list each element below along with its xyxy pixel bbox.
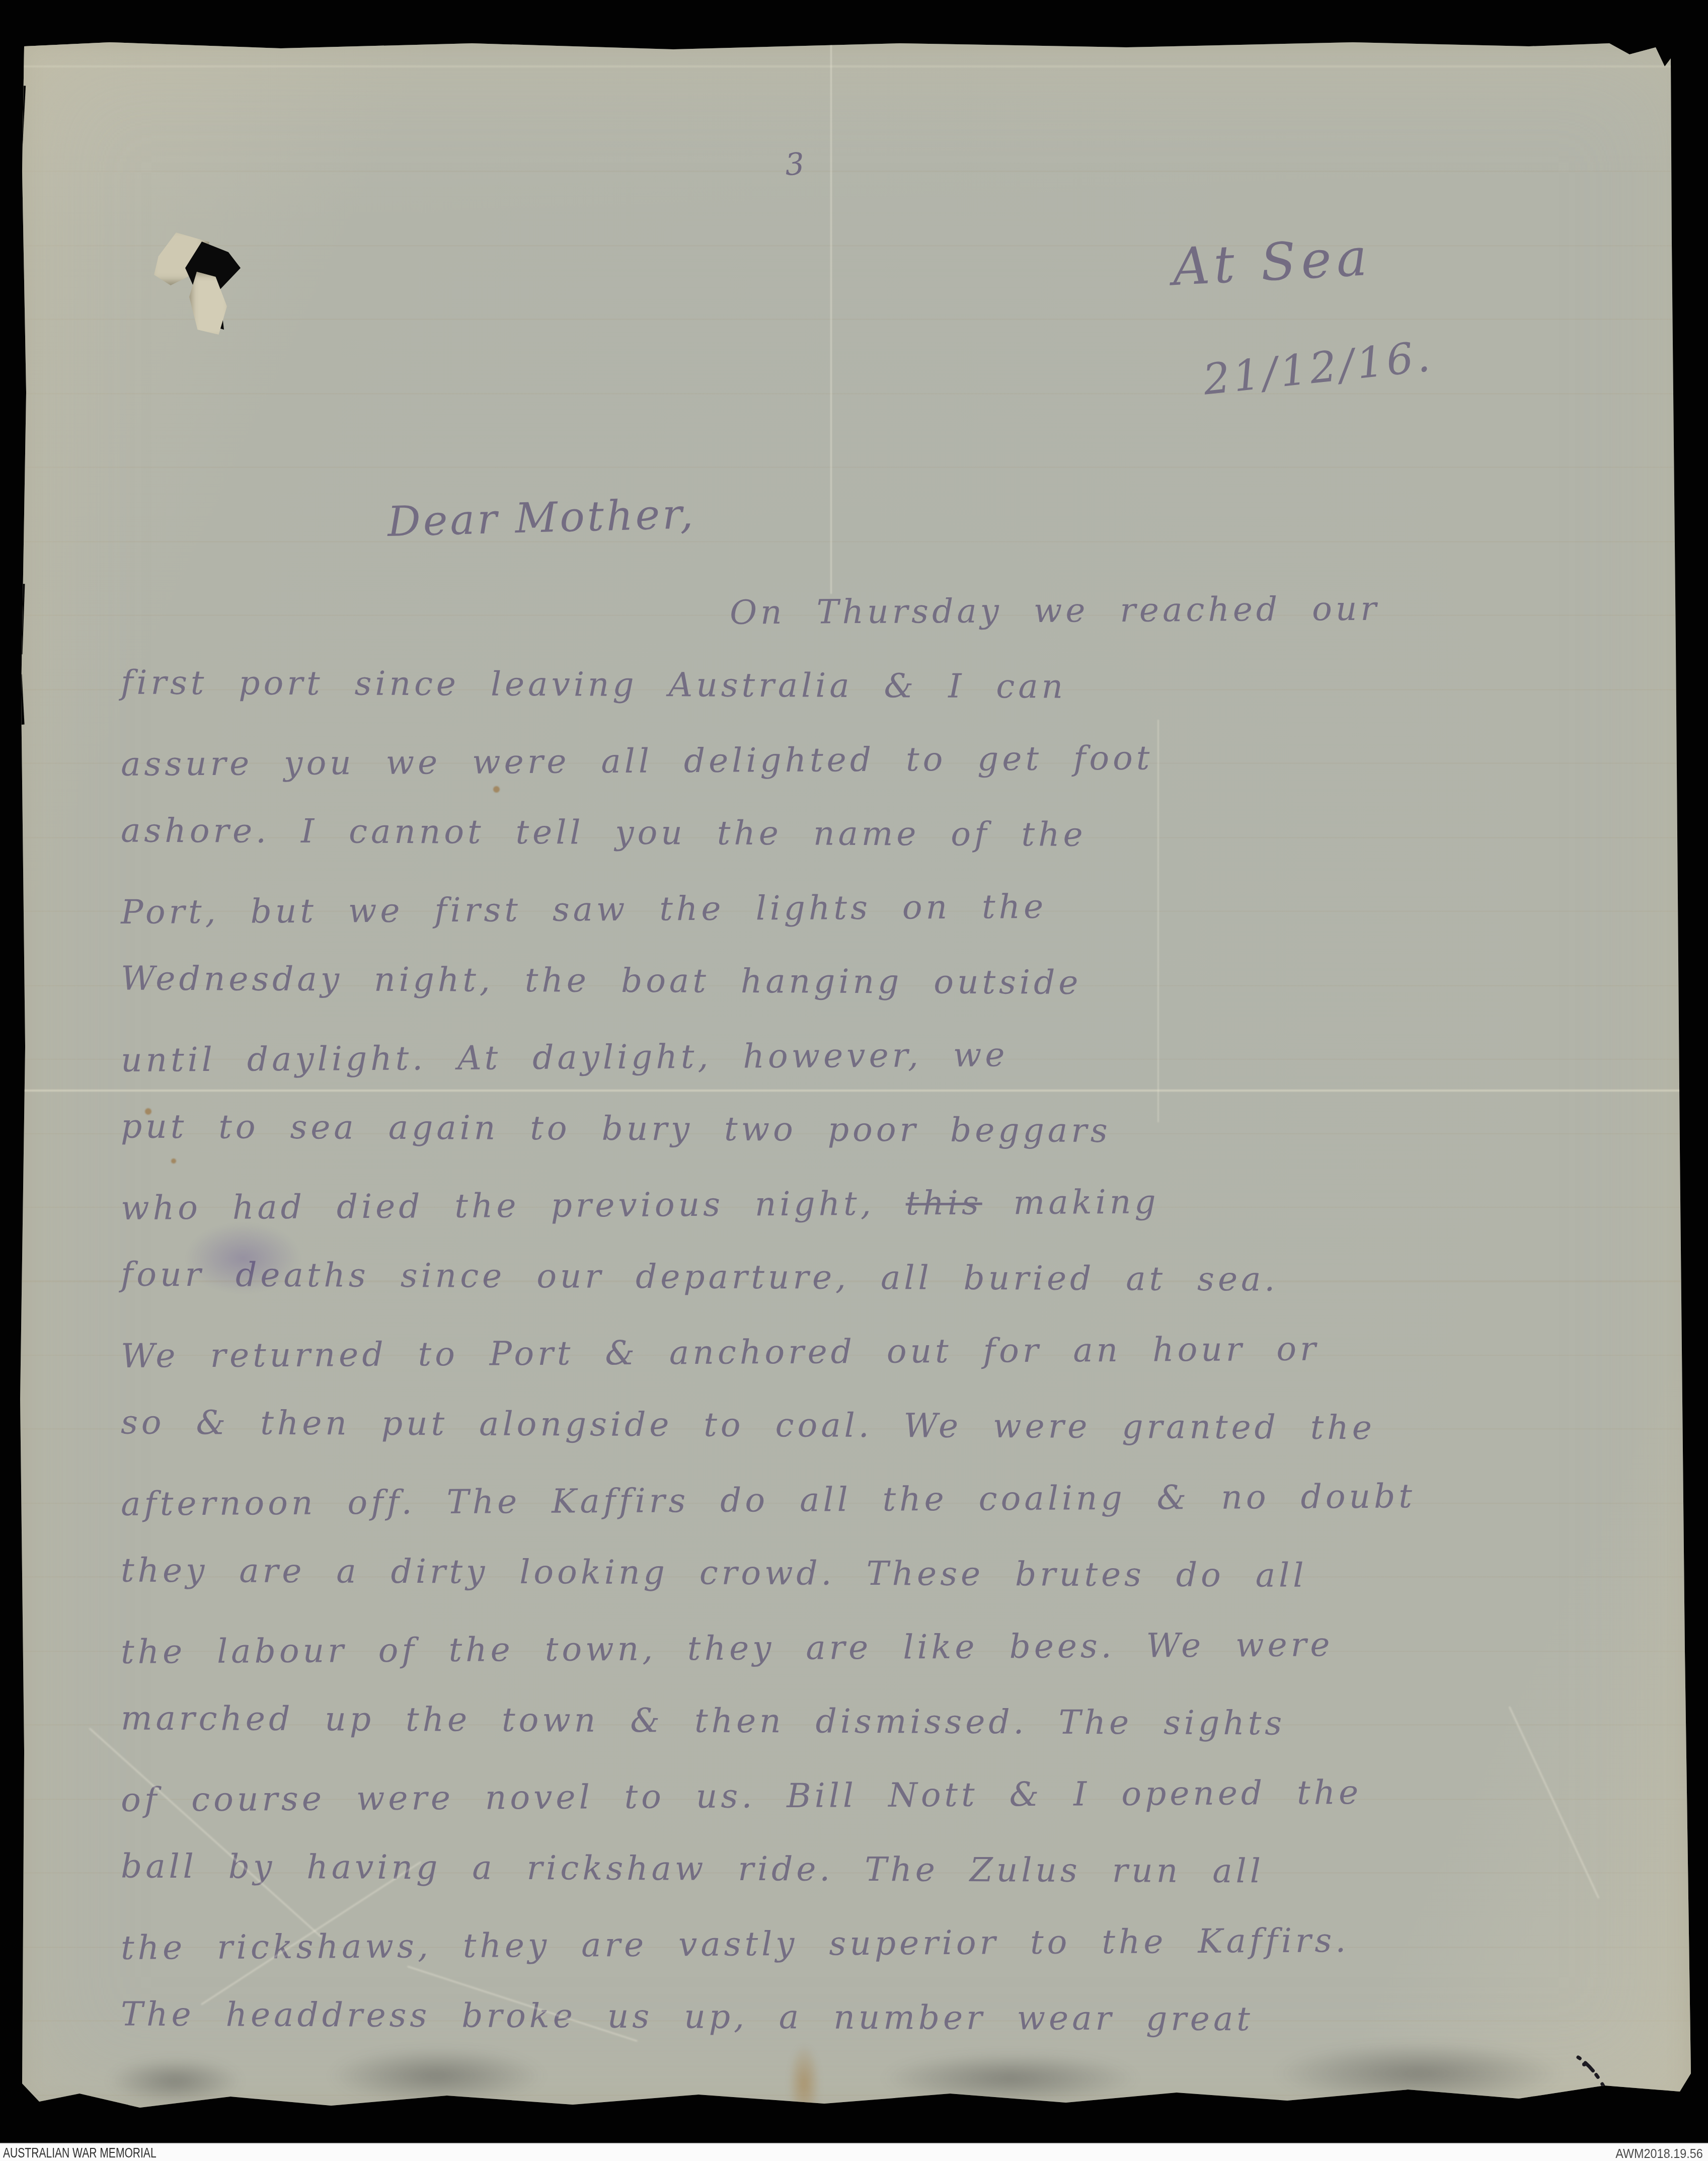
handwriting-line: afternoon off. The Kaffirs do all the co…: [121, 1458, 1611, 1541]
footer-bar: AUSTRALIAN WAR MEMORIAL AWM2018.19.56: [0, 2143, 1708, 2161]
handwriting-line: marched up the town & then dismissed. Th…: [121, 1681, 1611, 1762]
handwriting-line: the labour of the town, they are like be…: [121, 1606, 1611, 1689]
paper-flap: [154, 233, 209, 285]
handwriting-line: until daylight. At daylight, however, we: [121, 1014, 1611, 1097]
edge-tear: [16, 86, 26, 146]
bottom-smudge: [885, 2053, 1136, 2104]
handwriting-line: put to sea again to bury two poor beggar…: [121, 1090, 1611, 1170]
handwriting-line: Wednesday night, the boat hanging outsid…: [121, 942, 1611, 1022]
dateline-place: At Sea: [1171, 227, 1373, 298]
handwriting-line: four deaths since our departure, all bur…: [121, 1238, 1611, 1318]
handwriting-line: ball by having a rickshaw ride. The Zulu…: [121, 1829, 1611, 1910]
handwriting-line: so & then put alongside to coal. We were…: [121, 1385, 1611, 1466]
handwriting-line: first port since leaving Australia & I c…: [121, 646, 1611, 726]
age-stain: [789, 2046, 819, 2121]
handwriting-line: the rickshaws, they are vastly superior …: [121, 1902, 1611, 1985]
ink-scribble: [1569, 2053, 1629, 2149]
hole-shadow: [185, 242, 241, 330]
bottom-smudge: [110, 2058, 241, 2104]
letter-paper: 3 At Sea 21/12/16. Dear Mother, On Thurs…: [19, 40, 1691, 2110]
torn-hole: [154, 233, 247, 336]
scanned-letter-page: 3 At Sea 21/12/16. Dear Mother, On Thurs…: [0, 0, 1708, 2161]
handwriting-line: who had died the previous night, this ma…: [121, 1162, 1611, 1245]
salutation: Dear Mother,: [387, 490, 696, 546]
handwriting-line: ashore. I cannot tell you the name of th…: [121, 794, 1611, 874]
handwriting-line: The headdress broke us up, a number wear…: [121, 1977, 1611, 2058]
accession-number: AWM2018.19.56: [1616, 2146, 1703, 2161]
handwriting-line: they are a dirty looking crowd. These br…: [121, 1533, 1611, 1614]
bottom-smudge: [331, 2048, 542, 2104]
page-number: 3: [784, 146, 806, 183]
handwriting-line: assure you we were all delighted to get …: [121, 718, 1611, 801]
archive-watermark: AUSTRALIAN WAR MEMORIAL: [3, 2145, 157, 2161]
dateline-date: 21/12/16.: [1201, 331, 1435, 404]
edge-tear: [16, 584, 25, 654]
handwriting-line: On Thursday we reached our: [121, 570, 1611, 653]
letter-body: On Thursday we reached ourfirst port sin…: [121, 575, 1610, 2054]
edge-tear: [15, 231, 24, 277]
paper-flap: [189, 272, 227, 335]
crease: [19, 65, 1691, 67]
handwriting-line: of course were novel to us. Bill Nott & …: [121, 1754, 1611, 1837]
handwriting-line: Port, but we first saw the lights on the: [121, 866, 1611, 949]
handwriting-line: We returned to Port & anchored out for a…: [121, 1310, 1611, 1393]
edge-tear: [15, 674, 24, 725]
crease: [830, 40, 832, 594]
